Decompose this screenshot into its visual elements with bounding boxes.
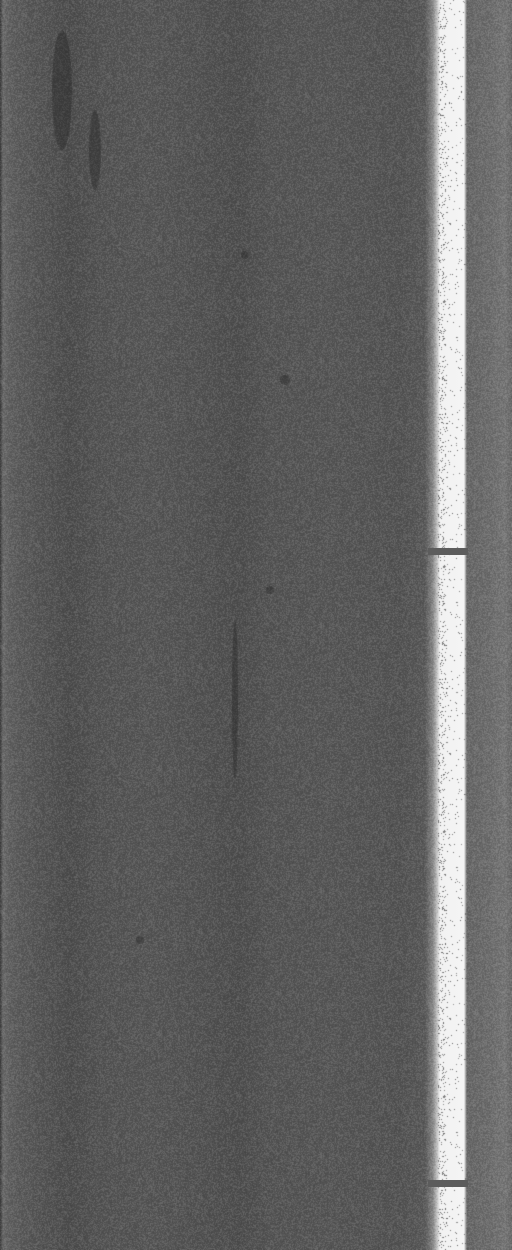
lane-line-joint: [428, 1180, 468, 1187]
lane-line-joint: [428, 548, 468, 555]
road-surface-image: grayscale overhead scan of asphalt road …: [0, 0, 512, 1250]
asphalt-texture: [0, 0, 512, 1250]
